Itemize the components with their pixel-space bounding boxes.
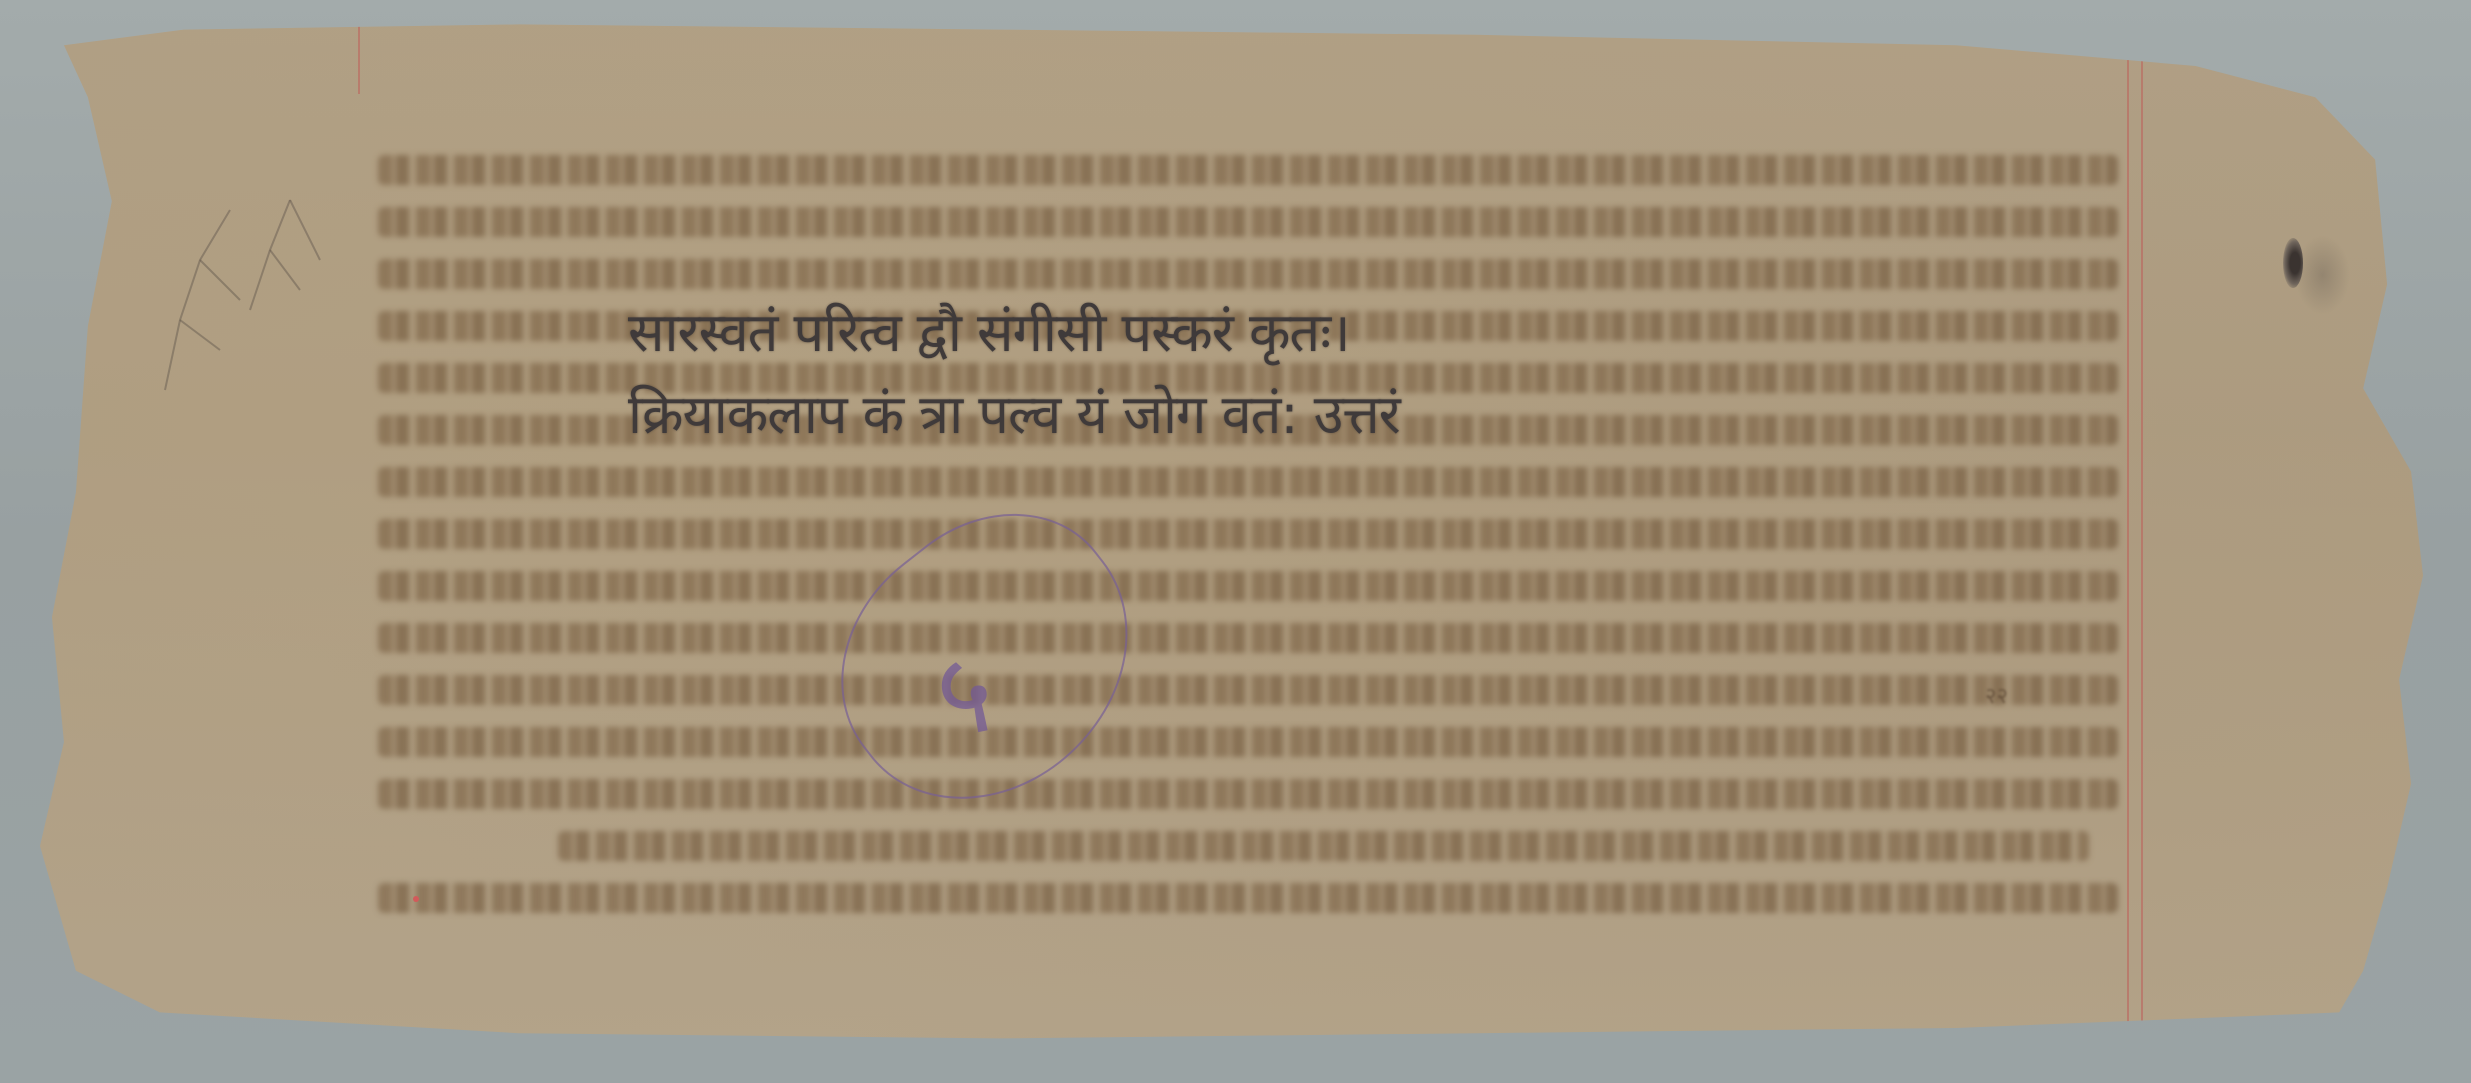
margin-numeral: २२ — [1985, 680, 2008, 710]
printed-line — [378, 155, 2118, 185]
printed-line — [378, 259, 2118, 289]
printed-line — [378, 571, 2118, 601]
folio-number-value: ५ — [936, 614, 993, 764]
printed-line — [378, 727, 2118, 757]
printed-line — [378, 519, 2118, 549]
printed-line — [378, 467, 2118, 497]
printed-line — [558, 831, 2089, 861]
stain-mark — [2295, 235, 2350, 315]
right-margin-rule-1 — [2127, 49, 2129, 1029]
binding-hole — [2283, 238, 2303, 288]
printed-text-block — [378, 155, 2118, 955]
handwritten-annotation-line-2: क्रियाकलाप कं त्रा पल्व यं जोग वतं: उत्त… — [628, 375, 1400, 449]
handwritten-annotation-line-1: सारस्वतं परित्व द्वौ संगीसी पस्करं कृतः। — [628, 293, 1350, 367]
red-ink-dot — [413, 896, 419, 902]
printed-line — [378, 779, 2118, 809]
printed-line — [378, 675, 2118, 705]
printed-line — [378, 207, 2118, 237]
pencil-branch-mark-icon — [160, 190, 360, 410]
printed-line — [378, 883, 2118, 913]
printed-line — [378, 623, 2118, 653]
right-margin-rule-2 — [2141, 49, 2143, 1029]
